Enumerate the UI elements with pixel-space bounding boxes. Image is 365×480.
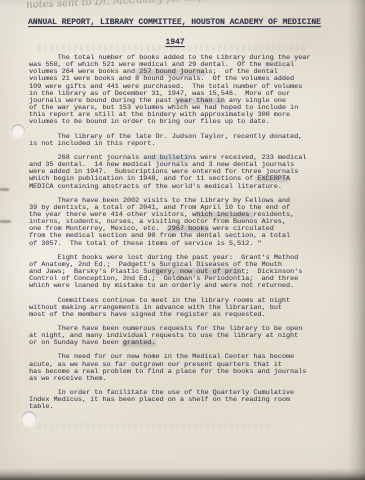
ink-smudge: [167, 226, 209, 232]
ink-smudge: [196, 212, 254, 218]
scanned-document-page: notes sent to Dr. McCauley for Rept ANNU…: [0, 0, 365, 480]
scan-edge-top: [0, 0, 365, 6]
paragraph-library-visits: There have been 2002 visits to the Libra…: [29, 198, 349, 248]
ink-smudge: [255, 176, 289, 182]
paragraph-books-added: The total number of books added to the L…: [29, 55, 349, 127]
punch-hole: [11, 124, 25, 138]
erased-text-smudge-bottom: [38, 423, 273, 429]
scan-edge-right: [348, 0, 365, 480]
ink-smudge: [151, 268, 241, 275]
paragraph-index-medicus: In order to facilitate the use of the Qu…: [29, 390, 349, 411]
scan-edge-bottom: [0, 468, 365, 480]
document-body: The total number of books added to the L…: [29, 55, 349, 419]
document-year-row: 1947: [28, 31, 322, 49]
ink-smudge: [122, 340, 156, 347]
paragraph-taylor-library: The library of the late Dr. Judson Taylo…: [29, 134, 349, 148]
document-title: ANNUAL REPORT, LIBRARY COMMITTEE, HOUSTO…: [28, 18, 321, 27]
document-year: 1947: [165, 38, 184, 47]
edge-mark: [0, 220, 11, 223]
paragraph-night-requests: There have been numerous requests for th…: [29, 326, 349, 347]
paragraph-committees: Committees continue to meet in the libra…: [29, 298, 349, 319]
punch-hole: [21, 411, 37, 427]
edge-mark: [0, 188, 9, 191]
ink-smudge: [136, 69, 206, 76]
ink-smudge: [174, 98, 224, 104]
ink-smudge-blue: [150, 155, 190, 161]
paragraph-new-home: The need for our new home in the Medical…: [29, 354, 349, 383]
